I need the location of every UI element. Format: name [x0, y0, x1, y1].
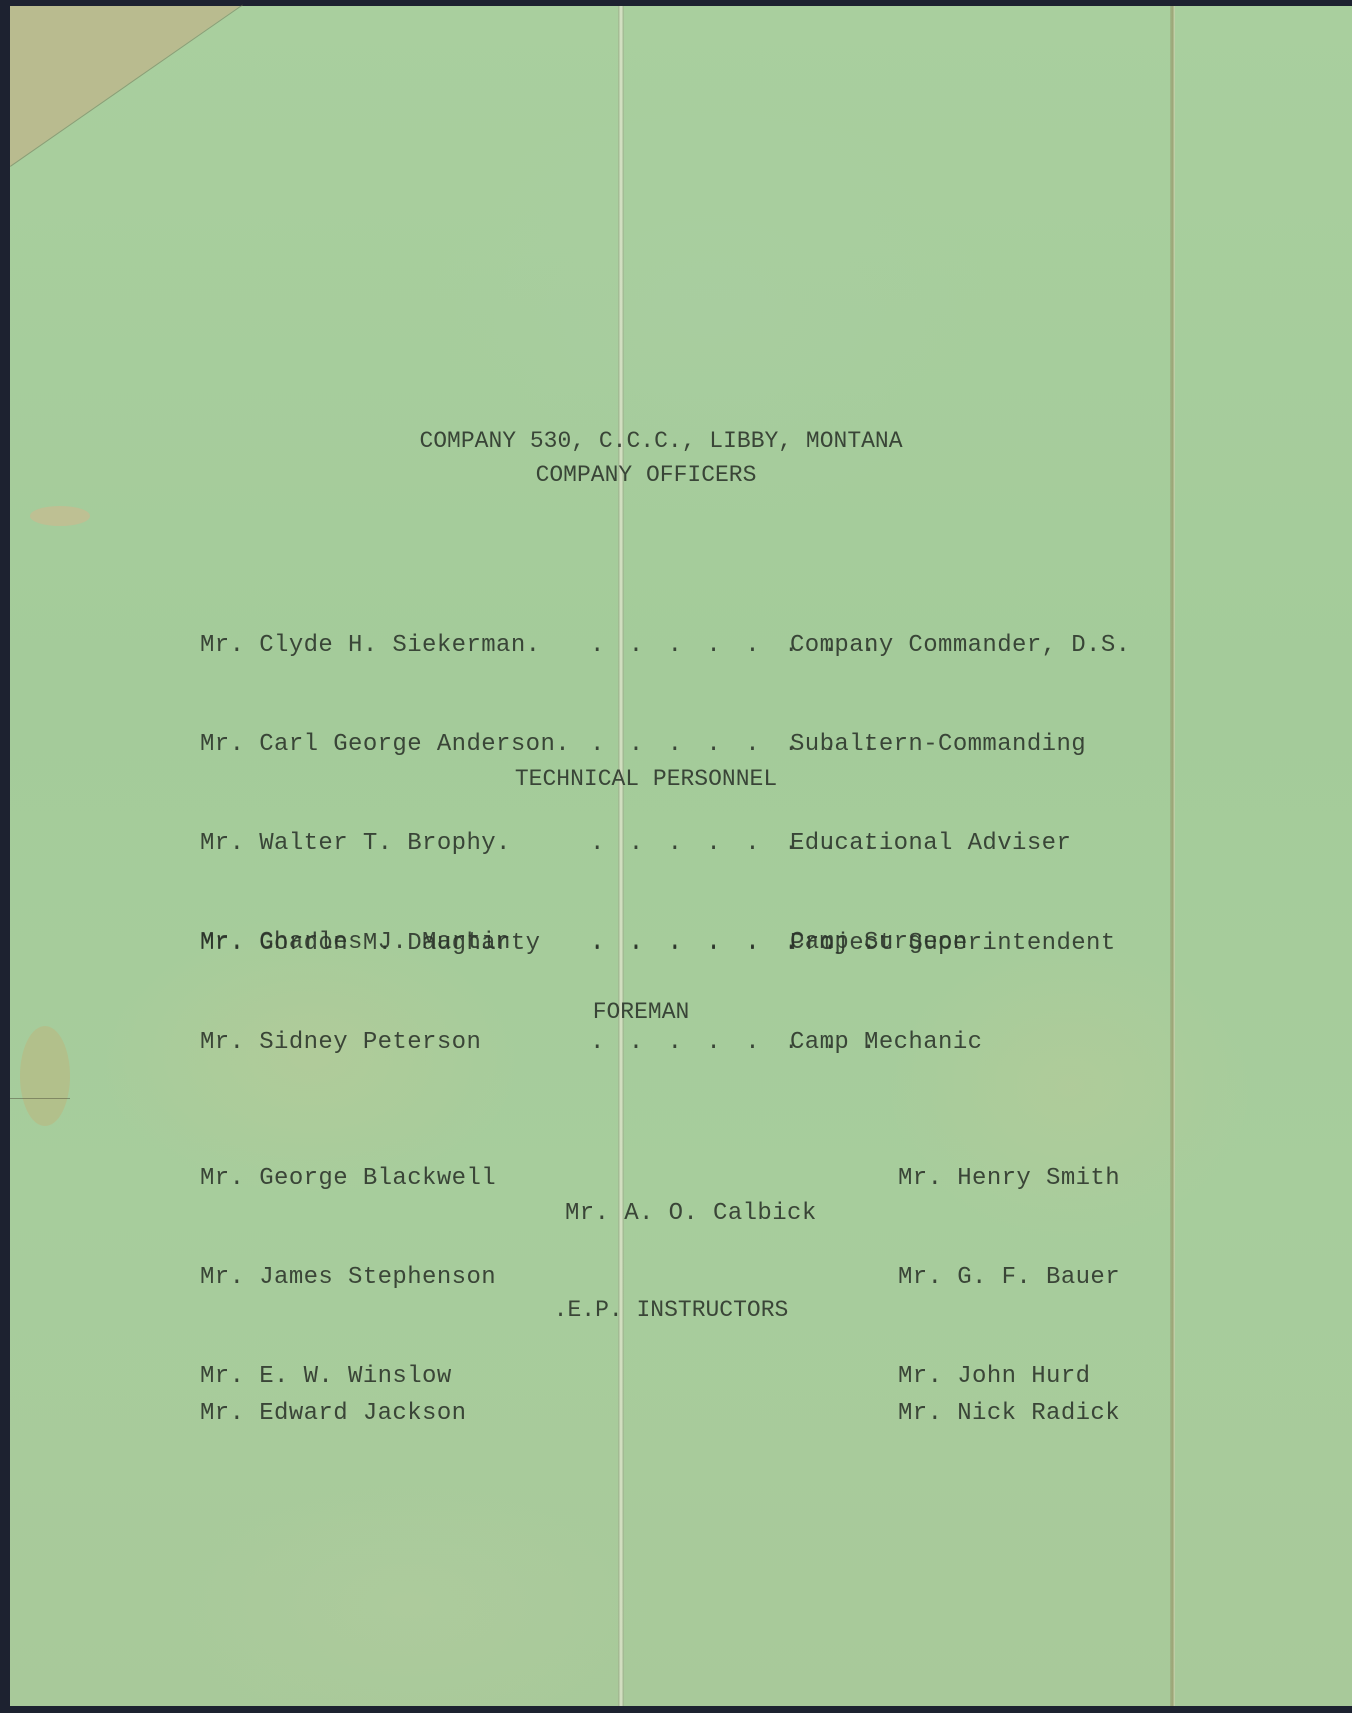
officer-role: Company Commander, D.S. — [790, 632, 1130, 659]
technical-role: Project Superintendent — [790, 930, 1116, 957]
officer-row: Mr. Clyde H. Siekerman.. . . . . . . .Co… — [200, 629, 1130, 662]
officer-row: Mr. Walter T. Brophy.. . . . . . . .Educ… — [200, 827, 1130, 860]
officer-name: Mr. Walter T. Brophy. — [200, 827, 590, 860]
officer-role: Educational Adviser — [790, 830, 1071, 857]
technical-role: Camp Mechanic — [790, 1029, 982, 1056]
technical-name: Mr. Sidney Peterson — [200, 1026, 590, 1059]
paper-stain — [20, 1026, 70, 1126]
technical-name: Mr. Gordon M. Daugharty — [200, 927, 590, 960]
foreman-name: Mr. John Hurd — [898, 1360, 1120, 1393]
officer-name: Mr. Carl George Anderson. — [200, 728, 590, 761]
technical-row: Mr. Sidney Peterson. . . . . . . .Camp M… — [200, 1026, 1116, 1059]
foreman-name: Mr. E. W. Winslow — [200, 1360, 496, 1393]
foreman-center-name: Mr. A. O. Calbick — [565, 1197, 817, 1230]
section-heading-instructors: .E.P. INSTRUCTORS — [0, 1297, 1347, 1323]
dot-leader: . . . . . . . . — [590, 1026, 790, 1059]
edge-tear — [10, 1098, 70, 1099]
dot-leader: . . . . . . . . — [590, 827, 790, 860]
section-heading-technical: TECHNICAL PERSONNEL — [0, 766, 1322, 792]
foreman-right-list: Mr. Henry Smith Mr. G. F. Bauer Mr. John… — [898, 1096, 1120, 1426]
technical-list: Mr. Gordon M. Daugharty. . . . . . . .Pr… — [200, 861, 1116, 1092]
technical-row: Mr. Gordon M. Daugharty. . . . . . . .Pr… — [200, 927, 1116, 960]
dot-leader: . . . . . . . . — [590, 629, 790, 662]
instructor-left-name: Mr. Edward Jackson — [200, 1397, 466, 1430]
document-title: COMPANY 530, C.C.C., LIBBY, MONTANA — [0, 428, 1337, 454]
foreman-left-list: Mr. George Blackwell Mr. James Stephenso… — [200, 1096, 496, 1426]
paper-stain — [30, 506, 90, 526]
officer-name: Mr. Clyde H. Siekerman. — [200, 629, 590, 662]
officer-role: Subaltern-Commanding — [790, 731, 1086, 758]
right-fold-crease — [1170, 6, 1175, 1706]
section-heading-foreman: FOREMAN — [0, 999, 1317, 1025]
foreman-name: Mr. James Stephenson — [200, 1261, 496, 1294]
instructor-right-name: Mr. Nick Radick — [898, 1397, 1120, 1430]
section-heading-officers: COMPANY OFFICERS — [0, 462, 1322, 488]
foreman-name: Mr. Henry Smith — [898, 1162, 1120, 1195]
officer-row: Mr. Carl George Anderson.. . . . . . . .… — [200, 728, 1130, 761]
dot-leader: . . . . . . . . — [590, 927, 790, 960]
foreman-name: Mr. George Blackwell — [200, 1162, 496, 1195]
foreman-name: Mr. G. F. Bauer — [898, 1261, 1120, 1294]
dot-leader: . . . . . . . . — [590, 728, 790, 761]
